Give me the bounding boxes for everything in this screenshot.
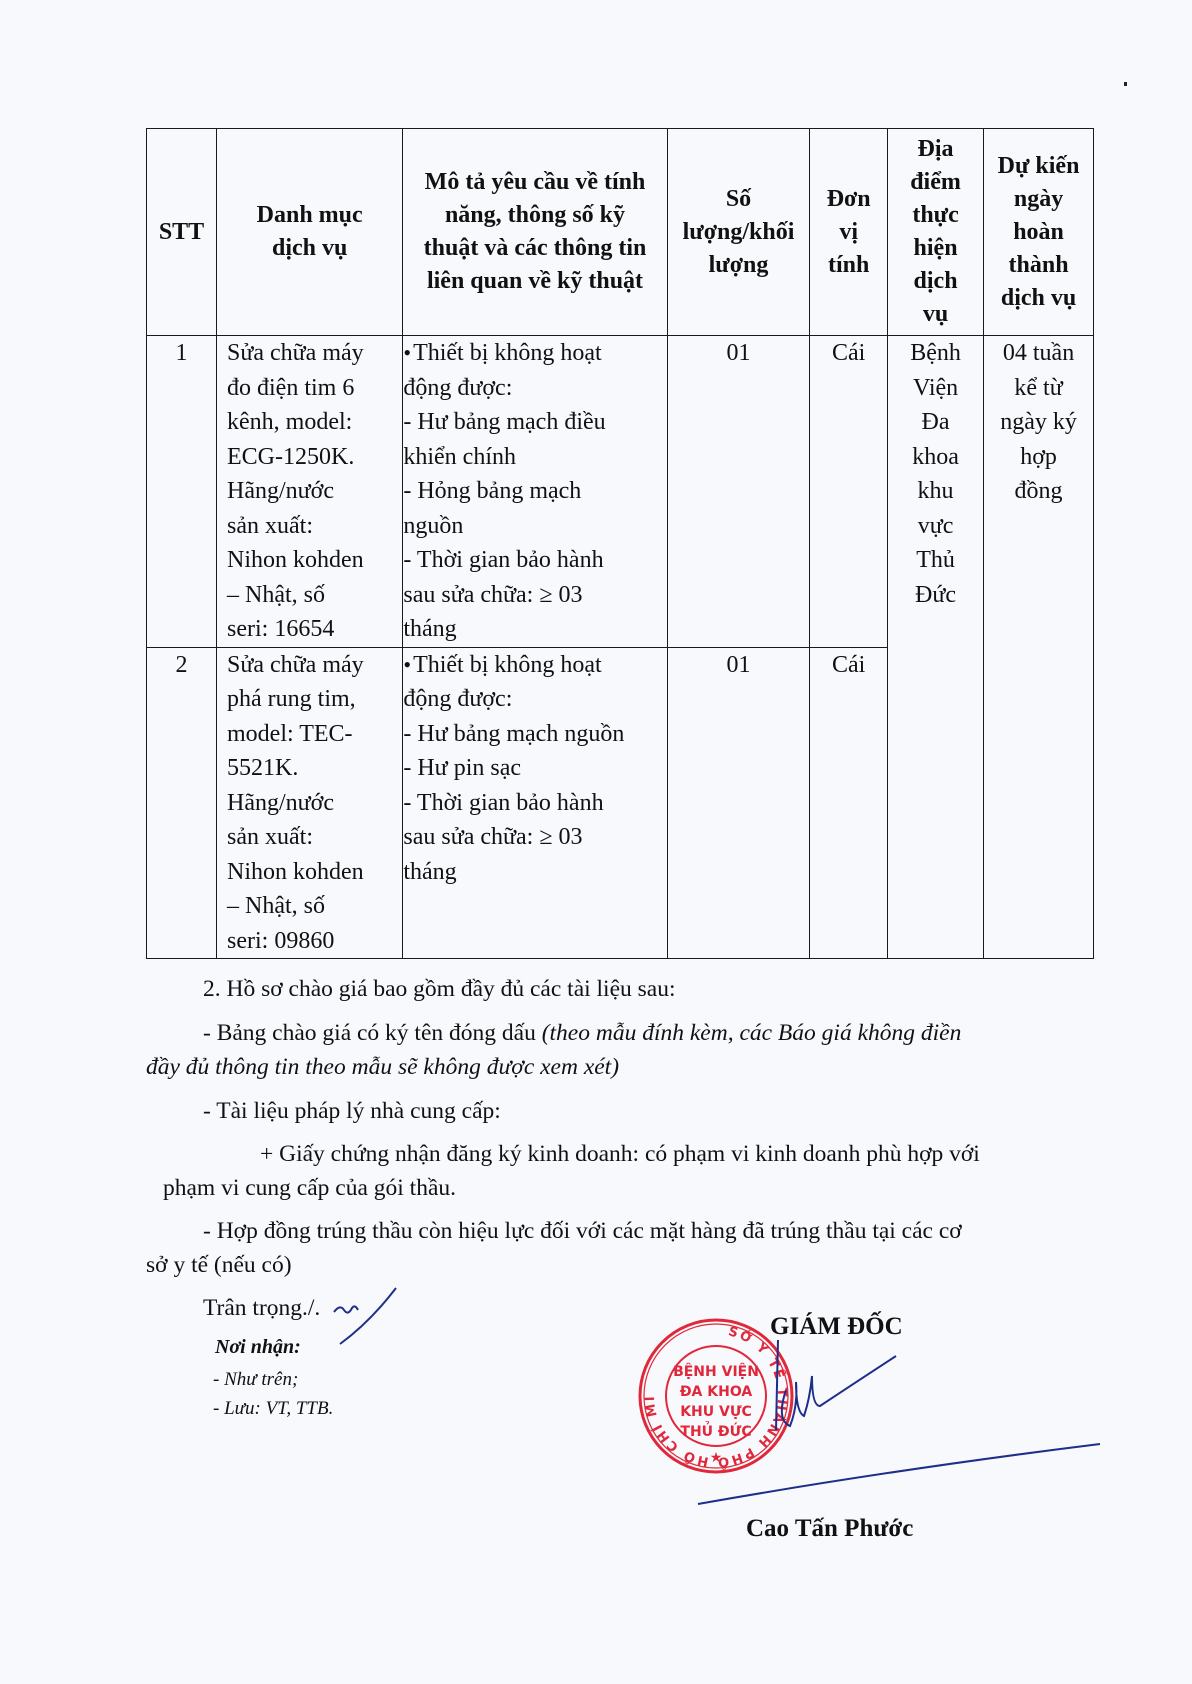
cell-line: vị (810, 216, 887, 249)
cell-line: dịch (888, 265, 983, 298)
cell-line: năng, thông số kỹ (403, 199, 666, 232)
cell-line: Thủ (888, 543, 983, 578)
cell-line: Đơn (810, 183, 887, 216)
bullet-item: Thiết bị không hoạt (403, 648, 666, 683)
cell-line: ngày ký (984, 405, 1093, 440)
requirement-quote-note-cont: đầy đủ thông tin theo mẫu sẽ không được … (146, 1050, 619, 1084)
cell-line: seri: 16654 (227, 612, 402, 647)
cell-line: – Nhật, số (227, 578, 402, 613)
cell-line: đo điện tim 6 (227, 371, 402, 406)
requirement-contracts-cont: sở y tế (nếu có) (146, 1248, 292, 1282)
row-location: BệnhViệnĐakhoakhuvựcThủĐức (887, 336, 983, 959)
cell-line: khu (888, 474, 983, 509)
cell-line: Nihon kohden (227, 855, 402, 890)
cell-line: Địa (888, 133, 983, 166)
row-quantity: 01 (667, 336, 810, 648)
cell-line: hoàn (984, 216, 1093, 249)
cell-line: hợp (984, 440, 1093, 475)
cell-line: Đức (888, 578, 983, 613)
cell-line: sản xuất: (227, 509, 402, 544)
cell-line: model: TEC- (227, 717, 402, 752)
table-row: 1 Sửa chữa máyđo điện tim 6kênh, model:E… (147, 336, 1094, 648)
header-service-name: Danh mụcdịch vụ (217, 129, 403, 336)
cell-line: 04 tuần (984, 336, 1093, 371)
cell-line: - Thời gian bảo hành (403, 543, 666, 578)
row-service-name: Sửa chữa máyđo điện tim 6kênh, model:ECG… (217, 336, 403, 648)
section-2-title: 2. Hồ sơ chào giá bao gồm đầy đủ các tài… (203, 972, 676, 1006)
cell-line: tháng (403, 612, 666, 647)
requirement-quote: - Bảng chào giá có ký tên đóng dấu (theo… (203, 1016, 961, 1050)
initials-mark (330, 1282, 410, 1352)
document-page: STT Danh mụcdịch vụ Mô tả yêu cầu về tín… (0, 0, 1192, 1684)
header-quantity: Sốlượng/khốilượng (667, 129, 810, 336)
service-spec-table: STT Danh mụcdịch vụ Mô tả yêu cầu về tín… (146, 128, 1094, 959)
cell-line: seri: 09860 (227, 924, 402, 959)
cell-line: - Hư pin sạc (403, 751, 666, 786)
cell-line: - Thời gian bảo hành (403, 786, 666, 821)
row-unit: Cái (810, 336, 888, 648)
cell-line: Dự kiến (984, 150, 1093, 183)
header-stt: STT (147, 129, 217, 336)
cell-line: Hãng/nước (227, 474, 402, 509)
cell-line: STT (147, 216, 216, 249)
cell-line: thực (888, 199, 983, 232)
cell-line: Sửa chữa máy (227, 336, 402, 371)
requirement-contracts: - Hợp đồng trúng thầu còn hiệu lực đối v… (203, 1214, 962, 1248)
cell-line: Đa (888, 405, 983, 440)
cell-line: khoa (888, 440, 983, 475)
cell-line: tính (810, 249, 887, 282)
header-unit: Đơnvịtính (810, 129, 888, 336)
cell-line: kể từ (984, 371, 1093, 406)
cell-line: động được: (403, 371, 666, 406)
cell-line: liên quan về kỹ thuật (403, 265, 666, 298)
header-description: Mô tả yêu cầu về tínhnăng, thông số kỹth… (403, 129, 667, 336)
row-completion: 04 tuầnkể từngày kýhợpđồng (984, 336, 1094, 959)
cell-line: vực (888, 509, 983, 544)
row-service-name: Sửa chữa máyphá rung tim,model: TEC-5521… (217, 647, 403, 959)
cell-line: sản xuất: (227, 820, 402, 855)
cell-line: lượng (668, 249, 810, 282)
row-stt: 2 (147, 647, 217, 959)
cell-line: Sửa chữa máy (227, 648, 402, 683)
requirement-quote-text: - Bảng chào giá có ký tên đóng dấu (203, 1020, 542, 1046)
cell-line: vụ (888, 298, 983, 331)
row-description: Thiết bị không hoạtđộng được:- Hư bảng m… (403, 647, 667, 959)
cell-line: thành (984, 249, 1093, 282)
cell-line: ECG-1250K. (227, 440, 402, 475)
table-header-row: STT Danh mụcdịch vụ Mô tả yêu cầu về tín… (147, 129, 1094, 336)
cell-line: 5521K. (227, 751, 402, 786)
closing-text: Trân trọng./. (203, 1291, 320, 1325)
bullet-item: Thiết bị không hoạt (403, 336, 666, 371)
requirement-legal-docs: - Tài liệu pháp lý nhà cung cấp: (203, 1094, 501, 1128)
row-description: Thiết bị không hoạtđộng được:- Hư bảng m… (403, 336, 667, 648)
requirement-business-license: + Giấy chứng nhận đăng ký kinh doanh: có… (260, 1137, 980, 1171)
requirement-business-license-cont: phạm vi cung cấp của gói thầu. (163, 1171, 456, 1205)
cell-line: thuật và các thông tin (403, 232, 666, 265)
cell-line: - Hỏng bảng mạch (403, 474, 666, 509)
recipient-item: - Lưu: VT, TTB. (213, 1392, 333, 1426)
cell-line: dịch vụ (984, 282, 1093, 315)
cell-line: tháng (403, 855, 666, 890)
cell-line: phá rung tim, (227, 682, 402, 717)
cell-line: điểm (888, 166, 983, 199)
cell-line: Danh mục (217, 199, 402, 232)
row-quantity: 01 (667, 647, 810, 959)
cell-line: – Nhật, số (227, 889, 402, 924)
cell-line: Số (668, 183, 810, 216)
cell-line: ngày (984, 183, 1093, 216)
row-unit: Cái (810, 647, 888, 959)
header-completion: Dự kiếnngàyhoànthànhdịch vụ (984, 129, 1094, 336)
cell-line: dịch vụ (217, 232, 402, 265)
cell-line: sau sửa chữa: ≥ 03 (403, 820, 666, 855)
director-signature (690, 1320, 1110, 1530)
cell-line: Viện (888, 371, 983, 406)
cell-line: đồng (984, 474, 1093, 509)
recipients-label: Nơi nhận: (215, 1330, 301, 1364)
cell-line: sau sửa chữa: ≥ 03 (403, 578, 666, 613)
cell-line: lượng/khối (668, 216, 810, 249)
cell-line: - Hư bảng mạch điều (403, 405, 666, 440)
requirement-quote-note: (theo mẫu đính kèm, các Báo giá không đi… (542, 1020, 962, 1046)
cell-line: khiển chính (403, 440, 666, 475)
cell-line: - Hư bảng mạch nguồn (403, 717, 666, 752)
cell-line: động được: (403, 682, 666, 717)
cell-line: Bệnh (888, 336, 983, 371)
cell-line: Mô tả yêu cầu về tính (403, 166, 666, 199)
header-location: Địađiểmthựchiệndịchvụ (887, 129, 983, 336)
cell-line: nguồn (403, 509, 666, 544)
scan-artifact (1124, 82, 1127, 86)
cell-line: Nihon kohden (227, 543, 402, 578)
cell-line: hiện (888, 232, 983, 265)
cell-line: kênh, model: (227, 405, 402, 440)
row-stt: 1 (147, 336, 217, 648)
cell-line: Hãng/nước (227, 786, 402, 821)
